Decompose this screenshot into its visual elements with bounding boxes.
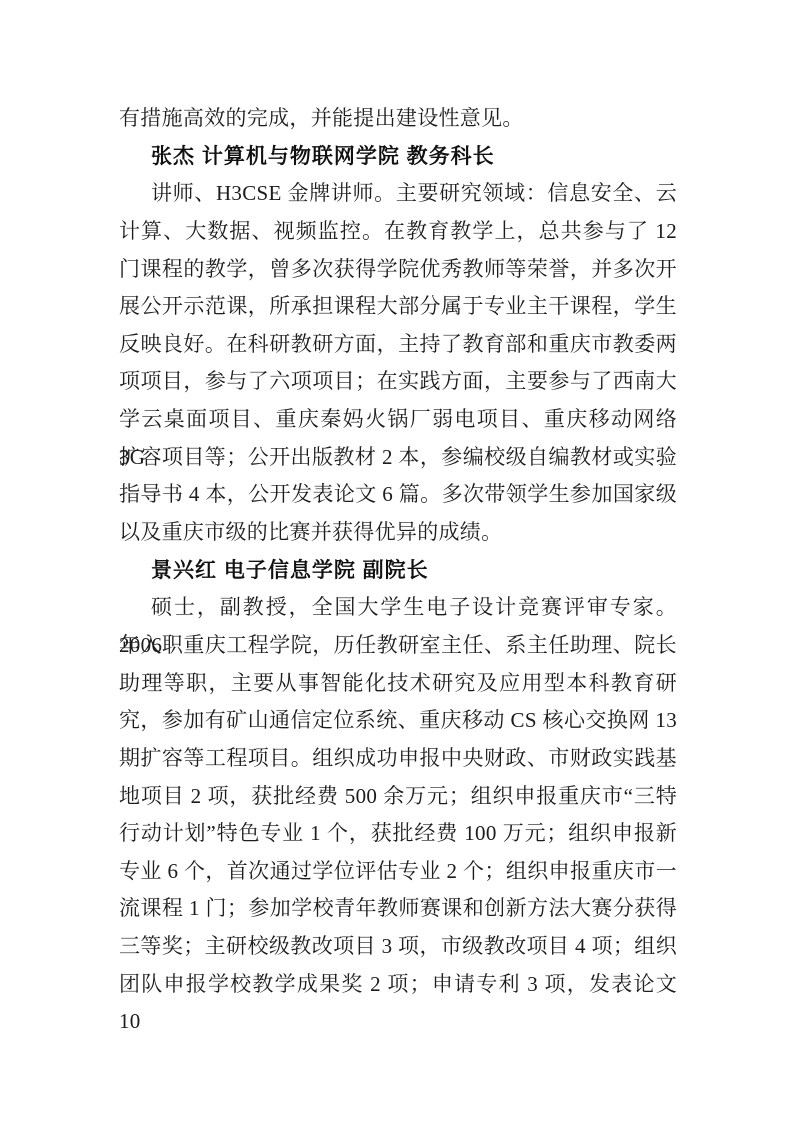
- document-page: 有措施高效的完成，并能提出建设性意见。张杰 计算机与物联网学院 教务科长讲师、H…: [0, 0, 793, 1122]
- text-line: 计算、大数据、视频监控。在教育教学上，总共参与了 12: [119, 213, 677, 251]
- text-line: 以及重庆市级的比赛并获得优异的成绩。: [119, 514, 677, 552]
- text-line: 流课程 1 门；参加学校青年教师赛课和创新方法大赛分获得: [119, 890, 677, 928]
- text-line: 反映良好。在科研教研方面，主持了教育部和重庆市教委两: [119, 326, 677, 364]
- text-line: 年入职重庆工程学院，历任教研室主任、系主任助理、院长: [119, 627, 677, 665]
- text-line: 门课程的教学，曾多次获得学院优秀教师等荣誉，并多次开: [119, 251, 677, 289]
- text-line: 行动计划”特色专业 1 个，获批经费 100 万元；组织申报新: [119, 815, 677, 853]
- text-line: 展公开示范课，所承担课程大部分属于专业主干课程，学生: [119, 288, 677, 326]
- text-line: 三等奖；主研校级教改项目 3 项，市级教改项目 4 项；组织: [119, 928, 677, 966]
- text-line: 指导书 4 本，公开发表论文 6 篇。多次带领学生参加国家级: [119, 476, 677, 514]
- text-line: 学云桌面项目、重庆秦妈火锅厂弱电项目、重庆移动网络 3G: [119, 401, 677, 439]
- text-line: 团队申报学校教学成果奖 2 项；申请专利 3 项，发表论文 10: [119, 966, 677, 1004]
- text-line: 扩容项目等；公开出版教材 2 本，参编校级自编教材或实验: [119, 439, 677, 477]
- text-line: 究，参加有矿山通信定位系统、重庆移动 CS 核心交换网 13: [119, 702, 677, 740]
- text-line: 项项目，参与了六项项目；在实践方面，主要参与了西南大: [119, 363, 677, 401]
- text-line: 讲师、H3CSE 金牌讲师。主要研究领域：信息安全、云: [119, 175, 677, 213]
- text-line: 助理等职，主要从事智能化技术研究及应用型本科教育研: [119, 665, 677, 703]
- text-line: 硕士，副教授，全国大学生电子设计竞赛评审专家。2006: [119, 589, 677, 627]
- heading-line: 张杰 计算机与物联网学院 教务科长: [119, 138, 677, 176]
- text-line: 期扩容等工程项目。组织成功申报中央财政、市财政实践基: [119, 740, 677, 778]
- text-line: 有措施高效的完成，并能提出建设性意见。: [119, 100, 677, 138]
- text-line: 地项目 2 项，获批经费 500 余万元；组织申报重庆市“三特: [119, 778, 677, 816]
- document-content: 有措施高效的完成，并能提出建设性意见。张杰 计算机与物联网学院 教务科长讲师、H…: [119, 100, 677, 1003]
- heading-line: 景兴红 电子信息学院 副院长: [119, 552, 677, 590]
- text-line: 专业 6 个，首次通过学位评估专业 2 个；组织申报重庆市一: [119, 853, 677, 891]
